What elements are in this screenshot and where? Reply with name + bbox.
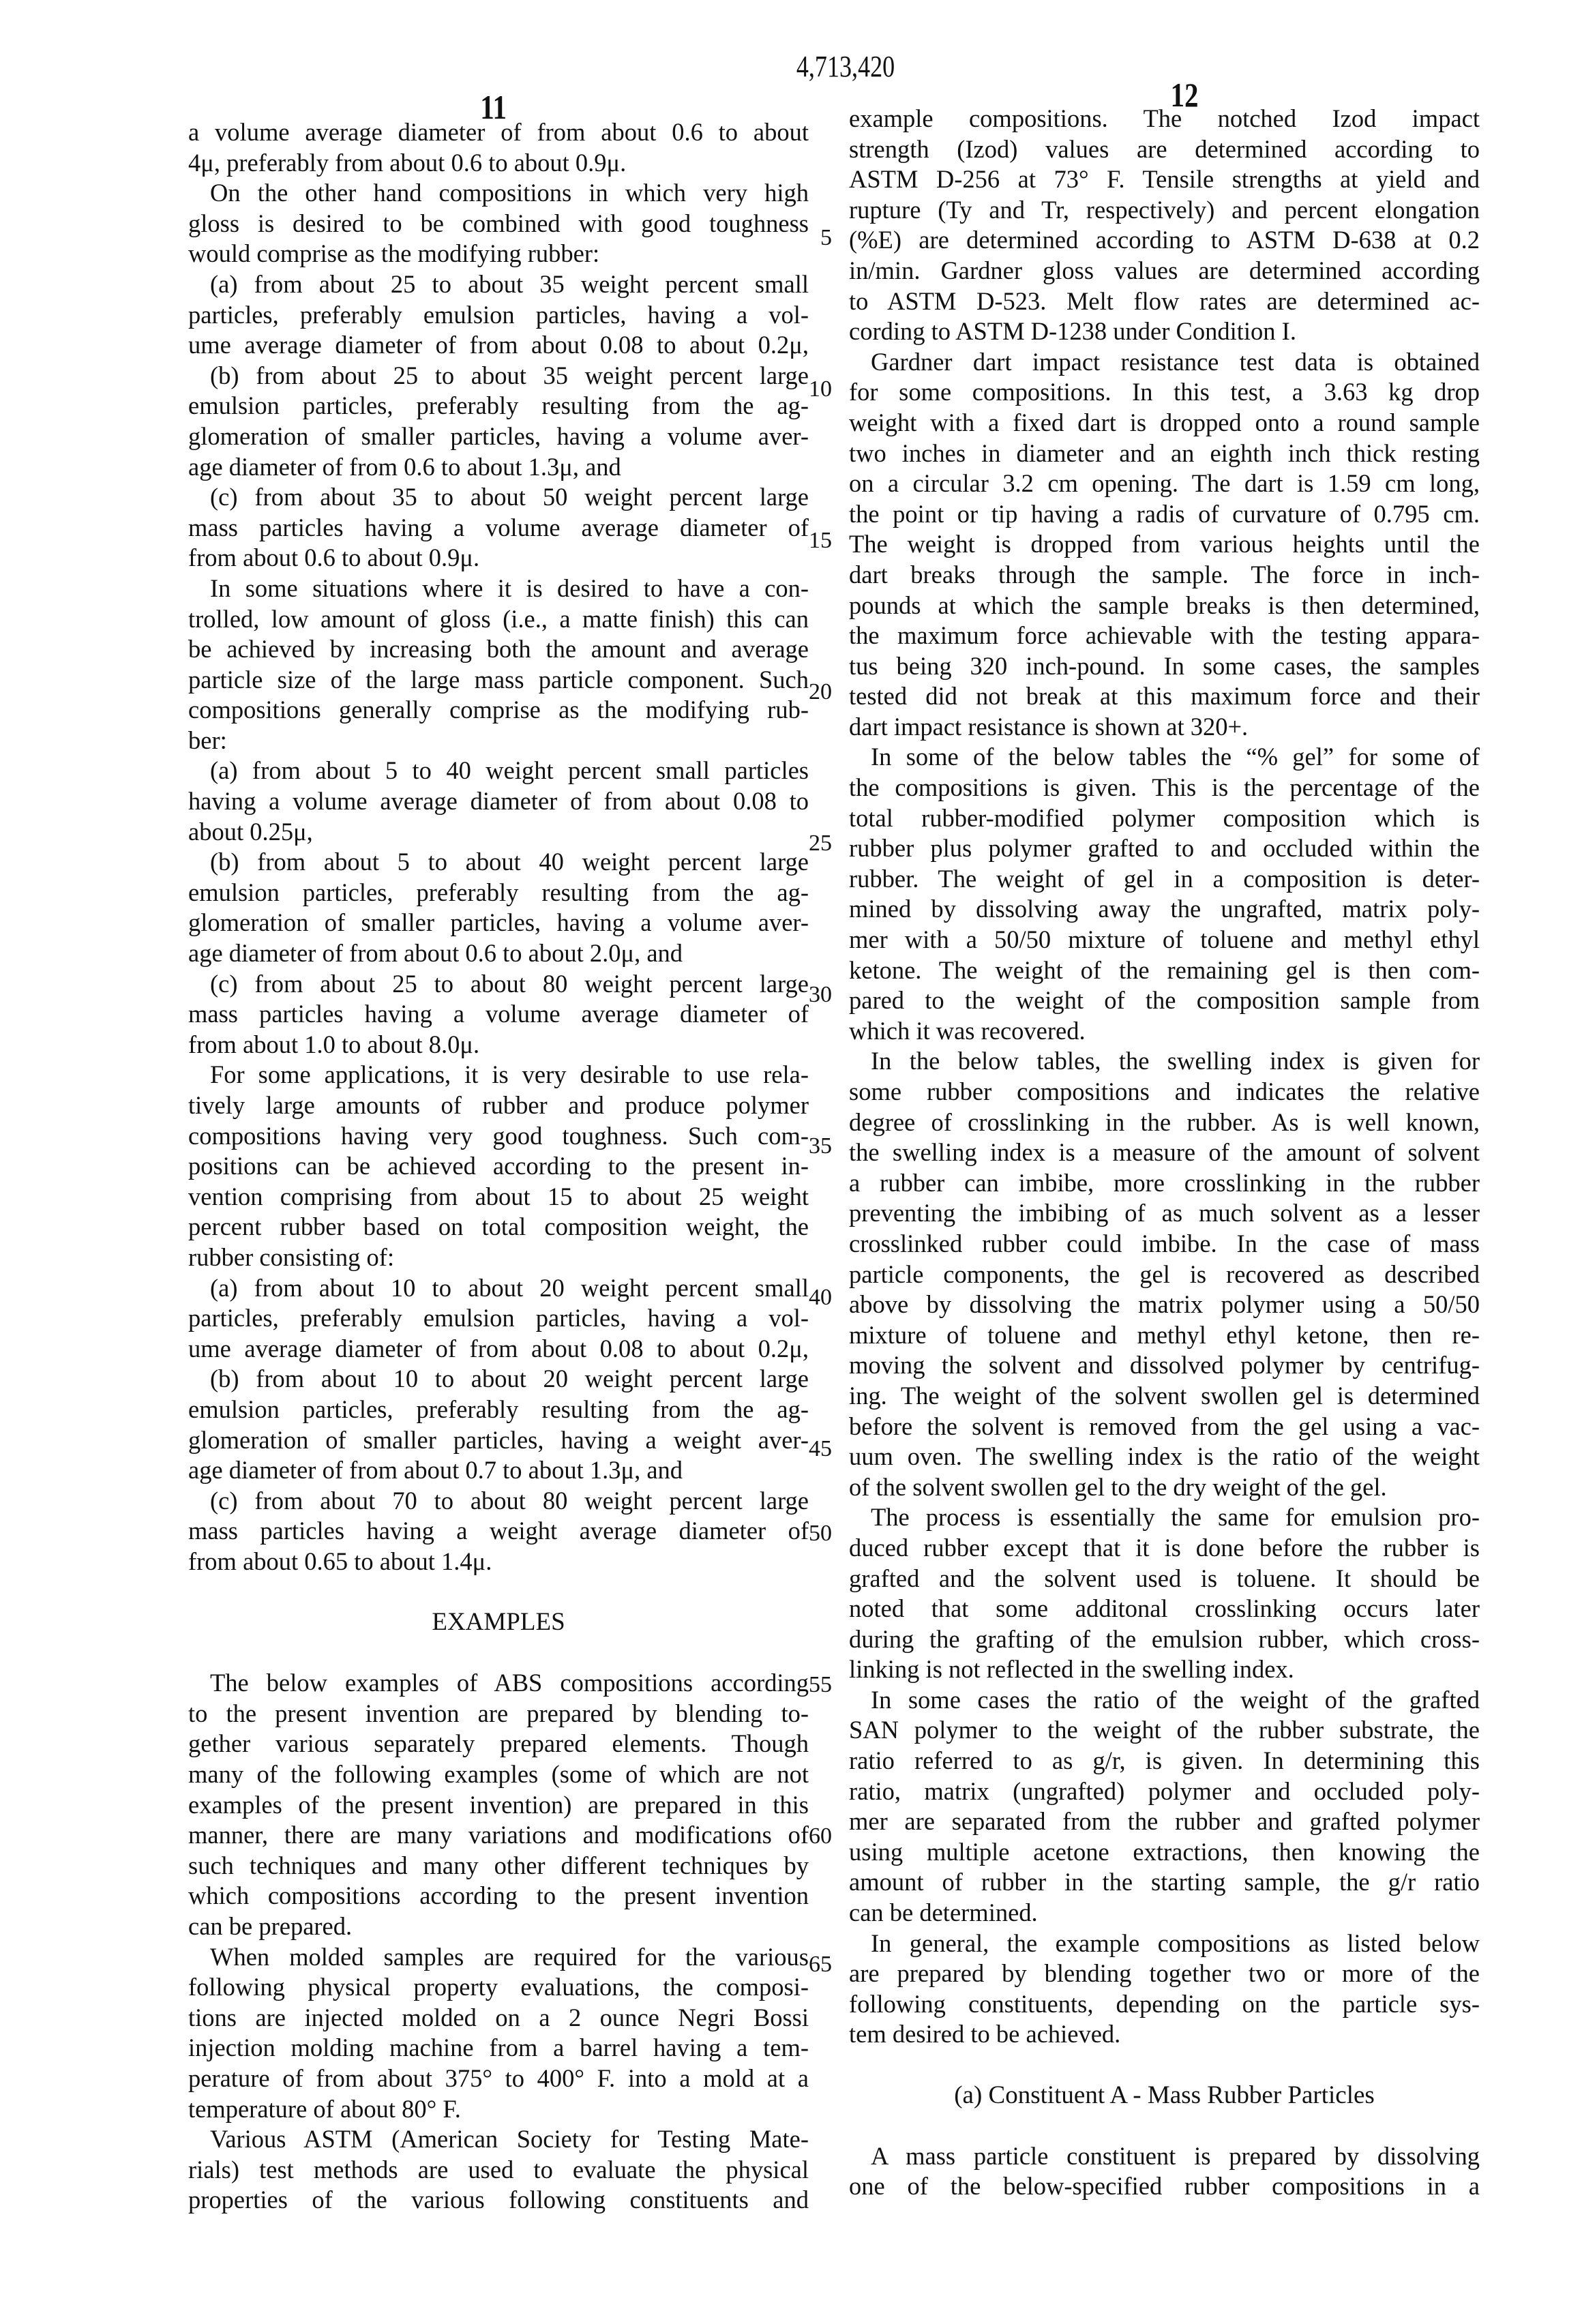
text-line: mass particles having a weight average d… (188, 1516, 809, 1547)
text-line: tively large amounts of rubber and produ… (188, 1090, 809, 1121)
margin-line-number: 35 (798, 1133, 832, 1159)
text-line: In the below tables, the swelling index … (849, 1046, 1480, 1077)
text-line: rubber. The weight of gel in a compositi… (849, 864, 1480, 895)
text-line: ume average diameter of from about 0.08 … (188, 1334, 809, 1365)
text-line: (b) from about 25 to about 35 weight per… (188, 361, 809, 391)
text-line: gloss is desired to be combined with goo… (188, 209, 809, 239)
text-line: SAN polymer to the weight of the rubber … (849, 1715, 1480, 1746)
text-line: (b) from about 10 to about 20 weight per… (188, 1364, 809, 1395)
text-line: (%E) are determined according to ASTM D-… (849, 225, 1480, 256)
text-line: (b) from about 5 to about 40 weight perc… (188, 847, 809, 878)
text-line: be achieved by increasing both the amoun… (188, 634, 809, 665)
text-line: (c) from about 35 to about 50 weight per… (188, 482, 809, 513)
text-line: particles, preferably emulsion particles… (188, 300, 809, 331)
text-line: tions are injected molded on a 2 ounce N… (188, 2003, 809, 2033)
text-line: rupture (Ty and Tr, respectively) and pe… (849, 195, 1480, 226)
text-line: age diameter of from 0.6 to about 1.3μ, … (188, 452, 809, 483)
text-line: during the grafting of the emulsion rubb… (849, 1624, 1480, 1655)
text-line: which it was recovered. (849, 1016, 1480, 1047)
text-line: rubber plus polymer grafted to and occlu… (849, 833, 1480, 864)
text-line: can be prepared. (188, 1911, 809, 1942)
text-line: the maximum force achievable with the te… (849, 621, 1480, 651)
text-line: age diameter of from about 0.7 to about … (188, 1455, 809, 1486)
text-line: positions can be achieved according to t… (188, 1151, 809, 1182)
text-line: ketone. The weight of the remaining gel … (849, 955, 1480, 986)
margin-line-number: 45 (798, 1436, 832, 1462)
text-line: perature of from about 375° to 400° F. i… (188, 2064, 809, 2094)
margin-line-number: 10 (798, 376, 832, 402)
margin-line-number: 40 (798, 1285, 832, 1311)
spacer (849, 2111, 1480, 2141)
text-line: using multiple acetone extractions, then… (849, 1837, 1480, 1868)
text-line: tested did not break at this maximum for… (849, 681, 1480, 712)
text-line: dart breaks through the sample. The forc… (849, 560, 1480, 591)
text-line: particles, preferably emulsion particles… (188, 1303, 809, 1334)
text-line: one of the below-specified rubber compos… (849, 2171, 1480, 2202)
text-line: mer with a 50/50 mixture of toluene and … (849, 925, 1480, 955)
text-line: tem desired to be achieved. (849, 2019, 1480, 2050)
text-line: some rubber compositions and indicates t… (849, 1077, 1480, 1107)
text-line: pounds at which the sample breaks is the… (849, 591, 1480, 621)
text-line: from about 0.6 to about 0.9μ. (188, 543, 809, 573)
text-line: mass particles having a volume average d… (188, 513, 809, 543)
text-line: (c) from about 70 to about 80 weight per… (188, 1486, 809, 1517)
margin-line-number: 25 (798, 831, 832, 856)
text-line: on a circular 3.2 cm opening. The dart i… (849, 468, 1480, 499)
text-line: preventing the imbibing of as much solve… (849, 1198, 1480, 1229)
text-line: For some applications, it is very desira… (188, 1060, 809, 1090)
right-text-column: example compositions. The notched Izod i… (849, 104, 1480, 2202)
text-line: degree of crosslinking in the rubber. As… (849, 1107, 1480, 1138)
text-line: linking is not reflected in the swelling… (849, 1654, 1480, 1685)
text-line: two inches in diameter and an eighth inc… (849, 438, 1480, 469)
margin-line-number: 30 (798, 982, 832, 1008)
text-line: before the solvent is removed from the g… (849, 1412, 1480, 1442)
text-line: of the solvent swollen gel to the dry we… (849, 1472, 1480, 1503)
text-line: cording to ASTM D-1238 under Condition I… (849, 316, 1480, 347)
text-line: weight with a fixed dart is dropped onto… (849, 408, 1480, 438)
text-line: examples of the present invention) are p… (188, 1790, 809, 1821)
text-line: ing. The weight of the solvent swollen g… (849, 1381, 1480, 1412)
text-line: noted that some additonal crosslinking o… (849, 1594, 1480, 1624)
spacer (188, 1638, 809, 1669)
text-line: from about 1.0 to about 8.0μ. (188, 1030, 809, 1060)
text-line: amount of rubber in the starting sample,… (849, 1867, 1480, 1898)
text-line: emulsion particles, preferably resulting… (188, 878, 809, 908)
text-line: age diameter of from about 0.6 to about … (188, 938, 809, 969)
text-line: gether various separately prepared eleme… (188, 1729, 809, 1759)
text-line: the point or tip having a radis of curva… (849, 499, 1480, 530)
margin-line-number: 50 (798, 1521, 832, 1547)
text-line: In some situations where it is desired t… (188, 573, 809, 604)
text-line: uum oven. The swelling index is the rati… (849, 1442, 1480, 1472)
text-line: (a) from about 25 to about 35 weight per… (188, 269, 809, 300)
text-line: In some of the below tables the “% gel” … (849, 742, 1480, 773)
text-line: such techniques and many other different… (188, 1851, 809, 1881)
text-line: compositions having very good toughness.… (188, 1121, 809, 1152)
text-line: 4μ, preferably from about 0.6 to about 0… (188, 148, 809, 179)
text-line: crosslinked rubber could imbibe. In the … (849, 1229, 1480, 1260)
text-line: Gardner dart impact resistance test data… (849, 347, 1480, 378)
text-line: pared to the weight of the composition s… (849, 985, 1480, 1016)
text-line: glomeration of smaller particles, having… (188, 1425, 809, 1456)
text-line: The process is essentially the same for … (849, 1502, 1480, 1533)
text-line: (a) from about 10 to about 20 weight per… (188, 1273, 809, 1304)
patent-number: 4,713,420 (773, 49, 918, 84)
section-heading: EXAMPLES (188, 1607, 809, 1638)
text-line: emulsion particles, preferably resulting… (188, 1395, 809, 1425)
text-line: properties of the various following cons… (188, 2185, 809, 2216)
text-line: moving the solvent and dissolved polymer… (849, 1350, 1480, 1381)
text-line: from about 0.65 to about 1.4μ. (188, 1547, 809, 1577)
text-line: When molded samples are required for the… (188, 1942, 809, 1973)
text-line: ratio referred to as g/r, is given. In d… (849, 1746, 1480, 1776)
text-line: tus being 320 inch-pound. In some cases,… (849, 651, 1480, 682)
text-line: many of the following examples (some of … (188, 1759, 809, 1790)
spacer (188, 1577, 809, 1608)
text-line: (a) from about 5 to 40 weight percent sm… (188, 756, 809, 786)
text-line: to ASTM D-523. Melt flow rates are deter… (849, 286, 1480, 317)
text-line: (c) from about 25 to about 80 weight per… (188, 969, 809, 1000)
text-line: percent rubber based on total compositio… (188, 1212, 809, 1242)
text-line: In general, the example compositions as … (849, 1928, 1480, 1959)
text-line: The weight is dropped from various heigh… (849, 529, 1480, 560)
text-line: particle size of the large mass particle… (188, 665, 809, 696)
text-line: vention comprising from about 15 to abou… (188, 1182, 809, 1212)
text-line: mer are separated from the rubber and gr… (849, 1806, 1480, 1837)
text-line: rubber consisting of: (188, 1242, 809, 1273)
text-line: compositions generally comprise as the m… (188, 695, 809, 726)
text-line: in/min. Gardner gloss values are determi… (849, 256, 1480, 286)
text-line: ratio, matrix (ungrafted) polymer and oc… (849, 1776, 1480, 1807)
text-line: dart impact resistance is shown at 320+. (849, 712, 1480, 743)
text-line: In some cases the ratio of the weight of… (849, 1685, 1480, 1716)
text-line: about 0.25μ, (188, 817, 809, 848)
text-line: the compositions is given. This is the p… (849, 773, 1480, 803)
text-line: The below examples of ABS compositions a… (188, 1668, 809, 1699)
text-line: total rubber-modified polymer compositio… (849, 803, 1480, 834)
text-line: can be determined. (849, 1898, 1480, 1928)
margin-line-number: 20 (798, 679, 832, 705)
spacer (849, 2050, 1480, 2081)
text-line: particle components, the gel is recovere… (849, 1260, 1480, 1290)
text-line: On the other hand compositions in which … (188, 178, 809, 209)
text-line: ume average diameter of from about 0.08 … (188, 330, 809, 361)
text-line: mass particles having a volume average d… (188, 999, 809, 1030)
text-line: to the present invention are prepared by… (188, 1699, 809, 1729)
text-line: temperature of about 80° F. (188, 2094, 809, 2125)
left-text-column: a volume average diameter of from about … (188, 117, 809, 2216)
text-line: would comprise as the modifying rubber: (188, 239, 809, 269)
text-line: above by dissolving the matrix polymer u… (849, 1290, 1480, 1320)
margin-line-number: 55 (798, 1672, 832, 1698)
margin-line-number: 5 (798, 225, 832, 251)
text-line: Various ASTM (American Society for Testi… (188, 2124, 809, 2155)
text-line: glomeration of smaller particles, having… (188, 908, 809, 938)
text-line: mined by dissolving away the ungrafted, … (849, 894, 1480, 925)
section-heading: (a) Constituent A - Mass Rubber Particle… (849, 2081, 1480, 2111)
text-line: ASTM D-256 at 73° F. Tensile strengths a… (849, 164, 1480, 195)
text-line: following physical property evaluations,… (188, 1972, 809, 2003)
text-line: which compositions according to the pres… (188, 1881, 809, 1911)
margin-line-number: 60 (798, 1823, 832, 1849)
text-line: emulsion particles, preferably resulting… (188, 391, 809, 421)
text-line: ber: (188, 726, 809, 756)
text-line: glomeration of smaller particles, having… (188, 421, 809, 452)
text-line: injection molding machine from a barrel … (188, 2033, 809, 2064)
text-line: grafted and the solvent used is toluene.… (849, 1564, 1480, 1594)
text-line: a volume average diameter of from about … (188, 117, 809, 148)
text-line: example compositions. The notched Izod i… (849, 104, 1480, 134)
text-line: having a volume average diameter of from… (188, 786, 809, 817)
text-line: manner, there are many variations and mo… (188, 1820, 809, 1851)
text-line: rials) test methods are used to evaluate… (188, 2155, 809, 2186)
text-line: duced rubber except that it is done befo… (849, 1533, 1480, 1564)
text-line: following constituents, depending on the… (849, 1989, 1480, 2020)
margin-line-number: 15 (798, 528, 832, 554)
text-line: A mass particle constituent is prepared … (849, 2141, 1480, 2172)
text-line: are prepared by blending together two or… (849, 1958, 1480, 1989)
text-line: trolled, low amount of gloss (i.e., a ma… (188, 604, 809, 635)
margin-line-number: 65 (798, 1952, 832, 1978)
text-line: for some compositions. In this test, a 3… (849, 377, 1480, 408)
text-line: a rubber can imbibe, more crosslinking i… (849, 1168, 1480, 1199)
text-line: mixture of toluene and methyl ethyl keto… (849, 1320, 1480, 1351)
text-line: the swelling index is a measure of the a… (849, 1137, 1480, 1168)
text-line: strength (Izod) values are determined ac… (849, 134, 1480, 165)
